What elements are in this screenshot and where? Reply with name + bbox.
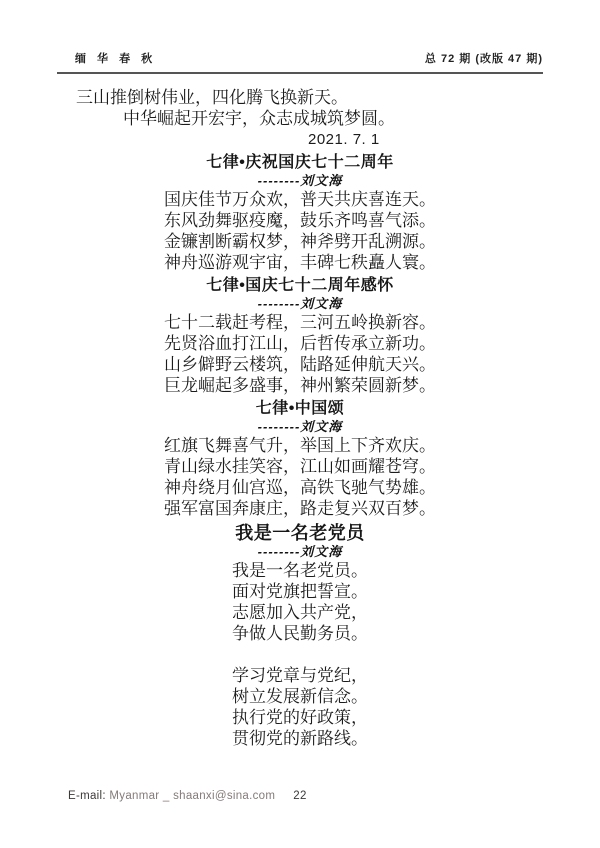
poem-line: 红旗飞舞喜气升，举国上下齐欢庆。 bbox=[57, 435, 543, 456]
poem-author: --------刘文海 bbox=[57, 173, 543, 189]
journal-title: 缅 华 春 秋 bbox=[57, 50, 156, 66]
page-footer: E-mail: Myanmar _ shaanxi@sina.com 22 bbox=[0, 790, 600, 808]
poem-author: --------刘文海 bbox=[57, 296, 543, 312]
poem-line: 争做人民勤务员。 bbox=[57, 623, 543, 644]
poem-line: 我是一名老党员。 bbox=[57, 560, 543, 581]
issue-info: 总 72 期 (改版 47 期) bbox=[425, 50, 543, 66]
poem-line: 巨龙崛起多盛事，神州繁荣圆新梦。 bbox=[57, 375, 543, 396]
poem-line: 国庆佳节万众欢，普天共庆喜连天。 bbox=[57, 189, 543, 210]
poem-line: 面对党旗把誓宣。 bbox=[57, 581, 543, 602]
poem-line: 执行党的好政策， bbox=[57, 707, 543, 728]
page-number: 22 bbox=[0, 790, 600, 802]
poem-ode-to-china: 七律•中国颂 --------刘文海 红旗飞舞喜气升，举国上下齐欢庆。 青山绿水… bbox=[57, 399, 543, 519]
poem-line: 七十二载赶考程，三河五岭换新容。 bbox=[57, 312, 543, 333]
date-line: 2021. 7. 1 bbox=[308, 129, 543, 150]
poem-line: 强军富国奔康庄，路走复兴双百梦。 bbox=[57, 498, 543, 519]
document-page: 缅 华 春 秋 总 72 期 (改版 47 期) 三山推倒树伟业，四化腾飞换新天… bbox=[0, 0, 600, 848]
page-body: 三山推倒树伟业，四化腾飞换新天。 中华崛起开宏宇，众志成城筑梦圆。 2021. … bbox=[0, 74, 600, 749]
poem-line: 青山绿水挂笑容，江山如画耀苍穹。 bbox=[57, 456, 543, 477]
poem-title: 七律•国庆七十二周年感怀 bbox=[57, 276, 543, 296]
poem-celebrate-72nd-national-day: 七律•庆祝国庆七十二周年 --------刘文海 国庆佳节万众欢，普天共庆喜连天… bbox=[57, 153, 543, 273]
poem-title: 七律•庆祝国庆七十二周年 bbox=[57, 153, 543, 173]
poem-line: 树立发展新信念。 bbox=[57, 686, 543, 707]
poem-line: 神舟绕月仙宫巡，高铁飞驰气势雄。 bbox=[57, 477, 543, 498]
poem-line: 山乡僻野云楼筑，陆路延伸航天兴。 bbox=[57, 354, 543, 375]
poem-author: --------刘文海 bbox=[57, 544, 543, 560]
stanza-gap bbox=[57, 644, 543, 665]
opening-line: 中华崛起开宏宇，众志成城筑梦圆。 bbox=[123, 108, 543, 129]
poem-author: --------刘文海 bbox=[57, 419, 543, 435]
poem-line: 金镰割断霸权梦，神斧劈开乱溯源。 bbox=[57, 231, 543, 252]
poem-title: 我是一名老党员 bbox=[57, 522, 543, 544]
opening-couplets: 三山推倒树伟业，四化腾飞换新天。 中华崛起开宏宇，众志成城筑梦圆。 2021. … bbox=[57, 87, 543, 150]
poem-line: 先贤浴血打江山，后哲传承立新功。 bbox=[57, 333, 543, 354]
poem-line: 学习党章与党纪， bbox=[57, 665, 543, 686]
opening-line: 三山推倒树伟业，四化腾飞换新天。 bbox=[76, 87, 543, 108]
poem-title: 七律•中国颂 bbox=[57, 399, 543, 419]
poem-old-party-member: 我是一名老党员 --------刘文海 我是一名老党员。 面对党旗把誓宣。 志愿… bbox=[57, 522, 543, 749]
page-header: 缅 华 春 秋 总 72 期 (改版 47 期) bbox=[57, 0, 543, 74]
poem-line: 志愿加入共产党， bbox=[57, 602, 543, 623]
poem-national-day-reflections: 七律•国庆七十二周年感怀 --------刘文海 七十二载赶考程，三河五岭换新容… bbox=[57, 276, 543, 396]
poem-line: 贯彻党的新路线。 bbox=[57, 728, 543, 749]
poem-line: 神舟巡游观宇宙，丰碑七秩矗人寰。 bbox=[57, 252, 543, 273]
poem-line: 东风劲舞驱疫魔，鼓乐齐鸣喜气添。 bbox=[57, 210, 543, 231]
